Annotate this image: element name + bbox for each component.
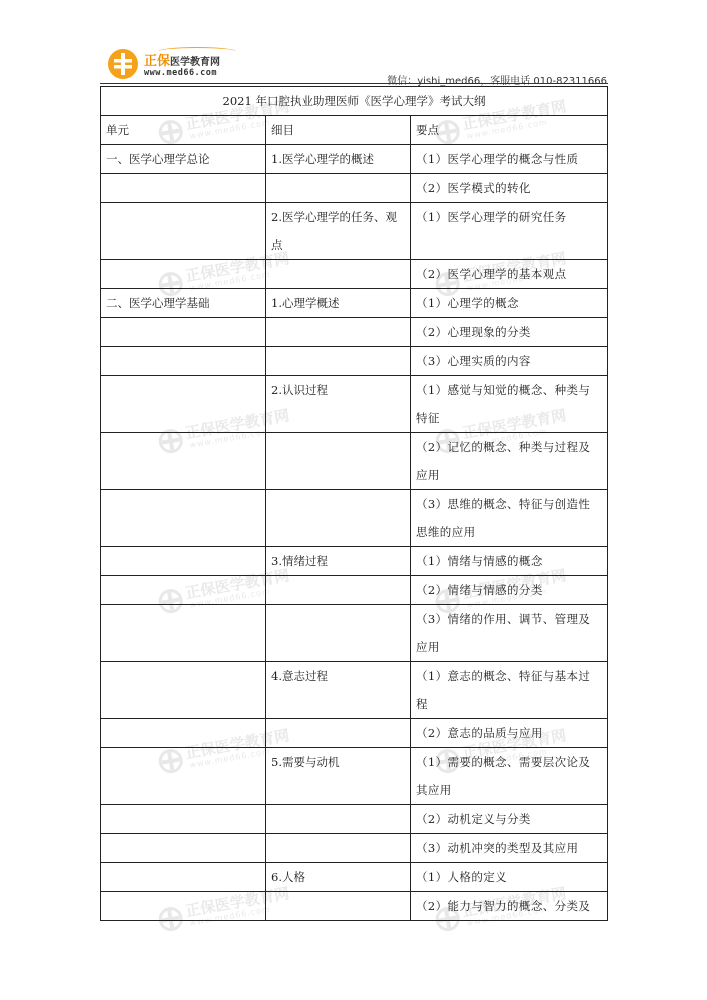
table-row: （2）动机定义与分类	[101, 805, 608, 834]
brand-secondary: 医学教育网	[170, 57, 220, 68]
unit-cell	[101, 605, 266, 662]
point-cell: （1）心理学的概念	[411, 289, 608, 318]
table-row: （2）情绪与情感的分类	[101, 576, 608, 605]
unit-cell	[101, 347, 266, 376]
point-cell: （2）情绪与情感的分类	[411, 576, 608, 605]
table-row: 5.需要与动机（1）需要的概念、需要层次论及其应用	[101, 748, 608, 805]
unit-cell	[101, 174, 266, 203]
point-cell: （2）动机定义与分类	[411, 805, 608, 834]
item-cell: 1.心理学概述	[266, 289, 411, 318]
unit-cell	[101, 662, 266, 719]
exam-outline-table: 2021 年口腔执业助理医师《医学心理学》考试大纲 单元 细目 要点 一、医学心…	[100, 86, 608, 921]
column-header-unit: 单元	[101, 116, 266, 145]
table-row: 一、医学心理学总论1.医学心理学的概述（1）医学心理学的概念与性质	[101, 145, 608, 174]
item-cell: 2.认识过程	[266, 376, 411, 433]
item-cell: 3.情绪过程	[266, 547, 411, 576]
point-cell: （2）医学模式的转化	[411, 174, 608, 203]
item-cell: 5.需要与动机	[266, 748, 411, 805]
point-cell: （2）心理现象的分类	[411, 318, 608, 347]
brand-url: www.med66.com	[144, 68, 217, 78]
item-cell	[266, 174, 411, 203]
item-cell	[266, 347, 411, 376]
med66-logo-icon	[108, 49, 138, 79]
unit-cell: 一、医学心理学总论	[101, 145, 266, 174]
table-row: （2）记忆的概念、种类与过程及应用	[101, 433, 608, 490]
point-cell: （3）心理实质的内容	[411, 347, 608, 376]
header-divider	[100, 83, 608, 84]
table-row: （3）动机冲突的类型及其应用	[101, 834, 608, 863]
point-cell: （1）人格的定义	[411, 863, 608, 892]
column-header-item: 细目	[266, 116, 411, 145]
table-row: 二、医学心理学基础1.心理学概述（1）心理学的概念	[101, 289, 608, 318]
unit-cell	[101, 892, 266, 921]
point-cell: （1）需要的概念、需要层次论及其应用	[411, 748, 608, 805]
point-cell: （3）动机冲突的类型及其应用	[411, 834, 608, 863]
point-cell: （2）医学心理学的基本观点	[411, 260, 608, 289]
table-row: （3）情绪的作用、调节、管理及应用	[101, 605, 608, 662]
item-cell	[266, 318, 411, 347]
table-title: 2021 年口腔执业助理医师《医学心理学》考试大纲	[101, 87, 608, 116]
point-cell: （1）情绪与情感的概念	[411, 547, 608, 576]
unit-cell: 二、医学心理学基础	[101, 289, 266, 318]
brand-primary: 正保	[144, 54, 170, 69]
unit-cell	[101, 490, 266, 547]
table-row: （3）思维的概念、特征与创造性思维的应用	[101, 490, 608, 547]
item-cell	[266, 260, 411, 289]
brand-name: 正保医学教育网	[144, 50, 220, 69]
unit-cell	[101, 260, 266, 289]
table-row: （2）医学心理学的基本观点	[101, 260, 608, 289]
contact-info: 微信：yishi_med66，客服电话 010-82311666	[387, 72, 607, 87]
item-cell: 2.医学心理学的任务、观点	[266, 203, 411, 260]
unit-cell	[101, 433, 266, 490]
item-cell: 4.意志过程	[266, 662, 411, 719]
unit-cell	[101, 203, 266, 260]
table-header-row: 单元 细目 要点	[101, 116, 608, 145]
unit-cell	[101, 576, 266, 605]
item-cell: 1.医学心理学的概述	[266, 145, 411, 174]
point-cell: （1）医学心理学的研究任务	[411, 203, 608, 260]
unit-cell	[101, 863, 266, 892]
unit-cell	[101, 719, 266, 748]
table-row: 4.意志过程（1）意志的概念、特征与基本过程	[101, 662, 608, 719]
item-cell	[266, 805, 411, 834]
item-cell	[266, 719, 411, 748]
unit-cell	[101, 547, 266, 576]
point-cell: （2）意志的品质与应用	[411, 719, 608, 748]
item-cell	[266, 892, 411, 921]
table-row: 6.人格（1）人格的定义	[101, 863, 608, 892]
table-row: （3）心理实质的内容	[101, 347, 608, 376]
unit-cell	[101, 318, 266, 347]
item-cell	[266, 490, 411, 547]
unit-cell	[101, 834, 266, 863]
point-cell: （1）感觉与知觉的概念、种类与特征	[411, 376, 608, 433]
column-header-point: 要点	[411, 116, 608, 145]
point-cell: （2）记忆的概念、种类与过程及应用	[411, 433, 608, 490]
item-cell	[266, 433, 411, 490]
table-row: 2.认识过程（1）感觉与知觉的概念、种类与特征	[101, 376, 608, 433]
point-cell: （2）能力与智力的概念、分类及	[411, 892, 608, 921]
table-row: （2）心理现象的分类	[101, 318, 608, 347]
table-row: （2）能力与智力的概念、分类及	[101, 892, 608, 921]
point-cell: （3）思维的概念、特征与创造性思维的应用	[411, 490, 608, 547]
unit-cell	[101, 376, 266, 433]
unit-cell	[101, 748, 266, 805]
page-header: 正保医学教育网 www.med66.com 微信：yishi_med66，客服电…	[100, 44, 607, 84]
table-row: 2.医学心理学的任务、观点（1）医学心理学的研究任务	[101, 203, 608, 260]
item-cell: 6.人格	[266, 863, 411, 892]
item-cell	[266, 834, 411, 863]
item-cell	[266, 576, 411, 605]
table-row: 3.情绪过程（1）情绪与情感的概念	[101, 547, 608, 576]
point-cell: （1）意志的概念、特征与基本过程	[411, 662, 608, 719]
table-row: （2）意志的品质与应用	[101, 719, 608, 748]
unit-cell	[101, 805, 266, 834]
item-cell	[266, 605, 411, 662]
point-cell: （3）情绪的作用、调节、管理及应用	[411, 605, 608, 662]
point-cell: （1）医学心理学的概念与性质	[411, 145, 608, 174]
table-row: （2）医学模式的转化	[101, 174, 608, 203]
table-title-row: 2021 年口腔执业助理医师《医学心理学》考试大纲	[101, 87, 608, 116]
